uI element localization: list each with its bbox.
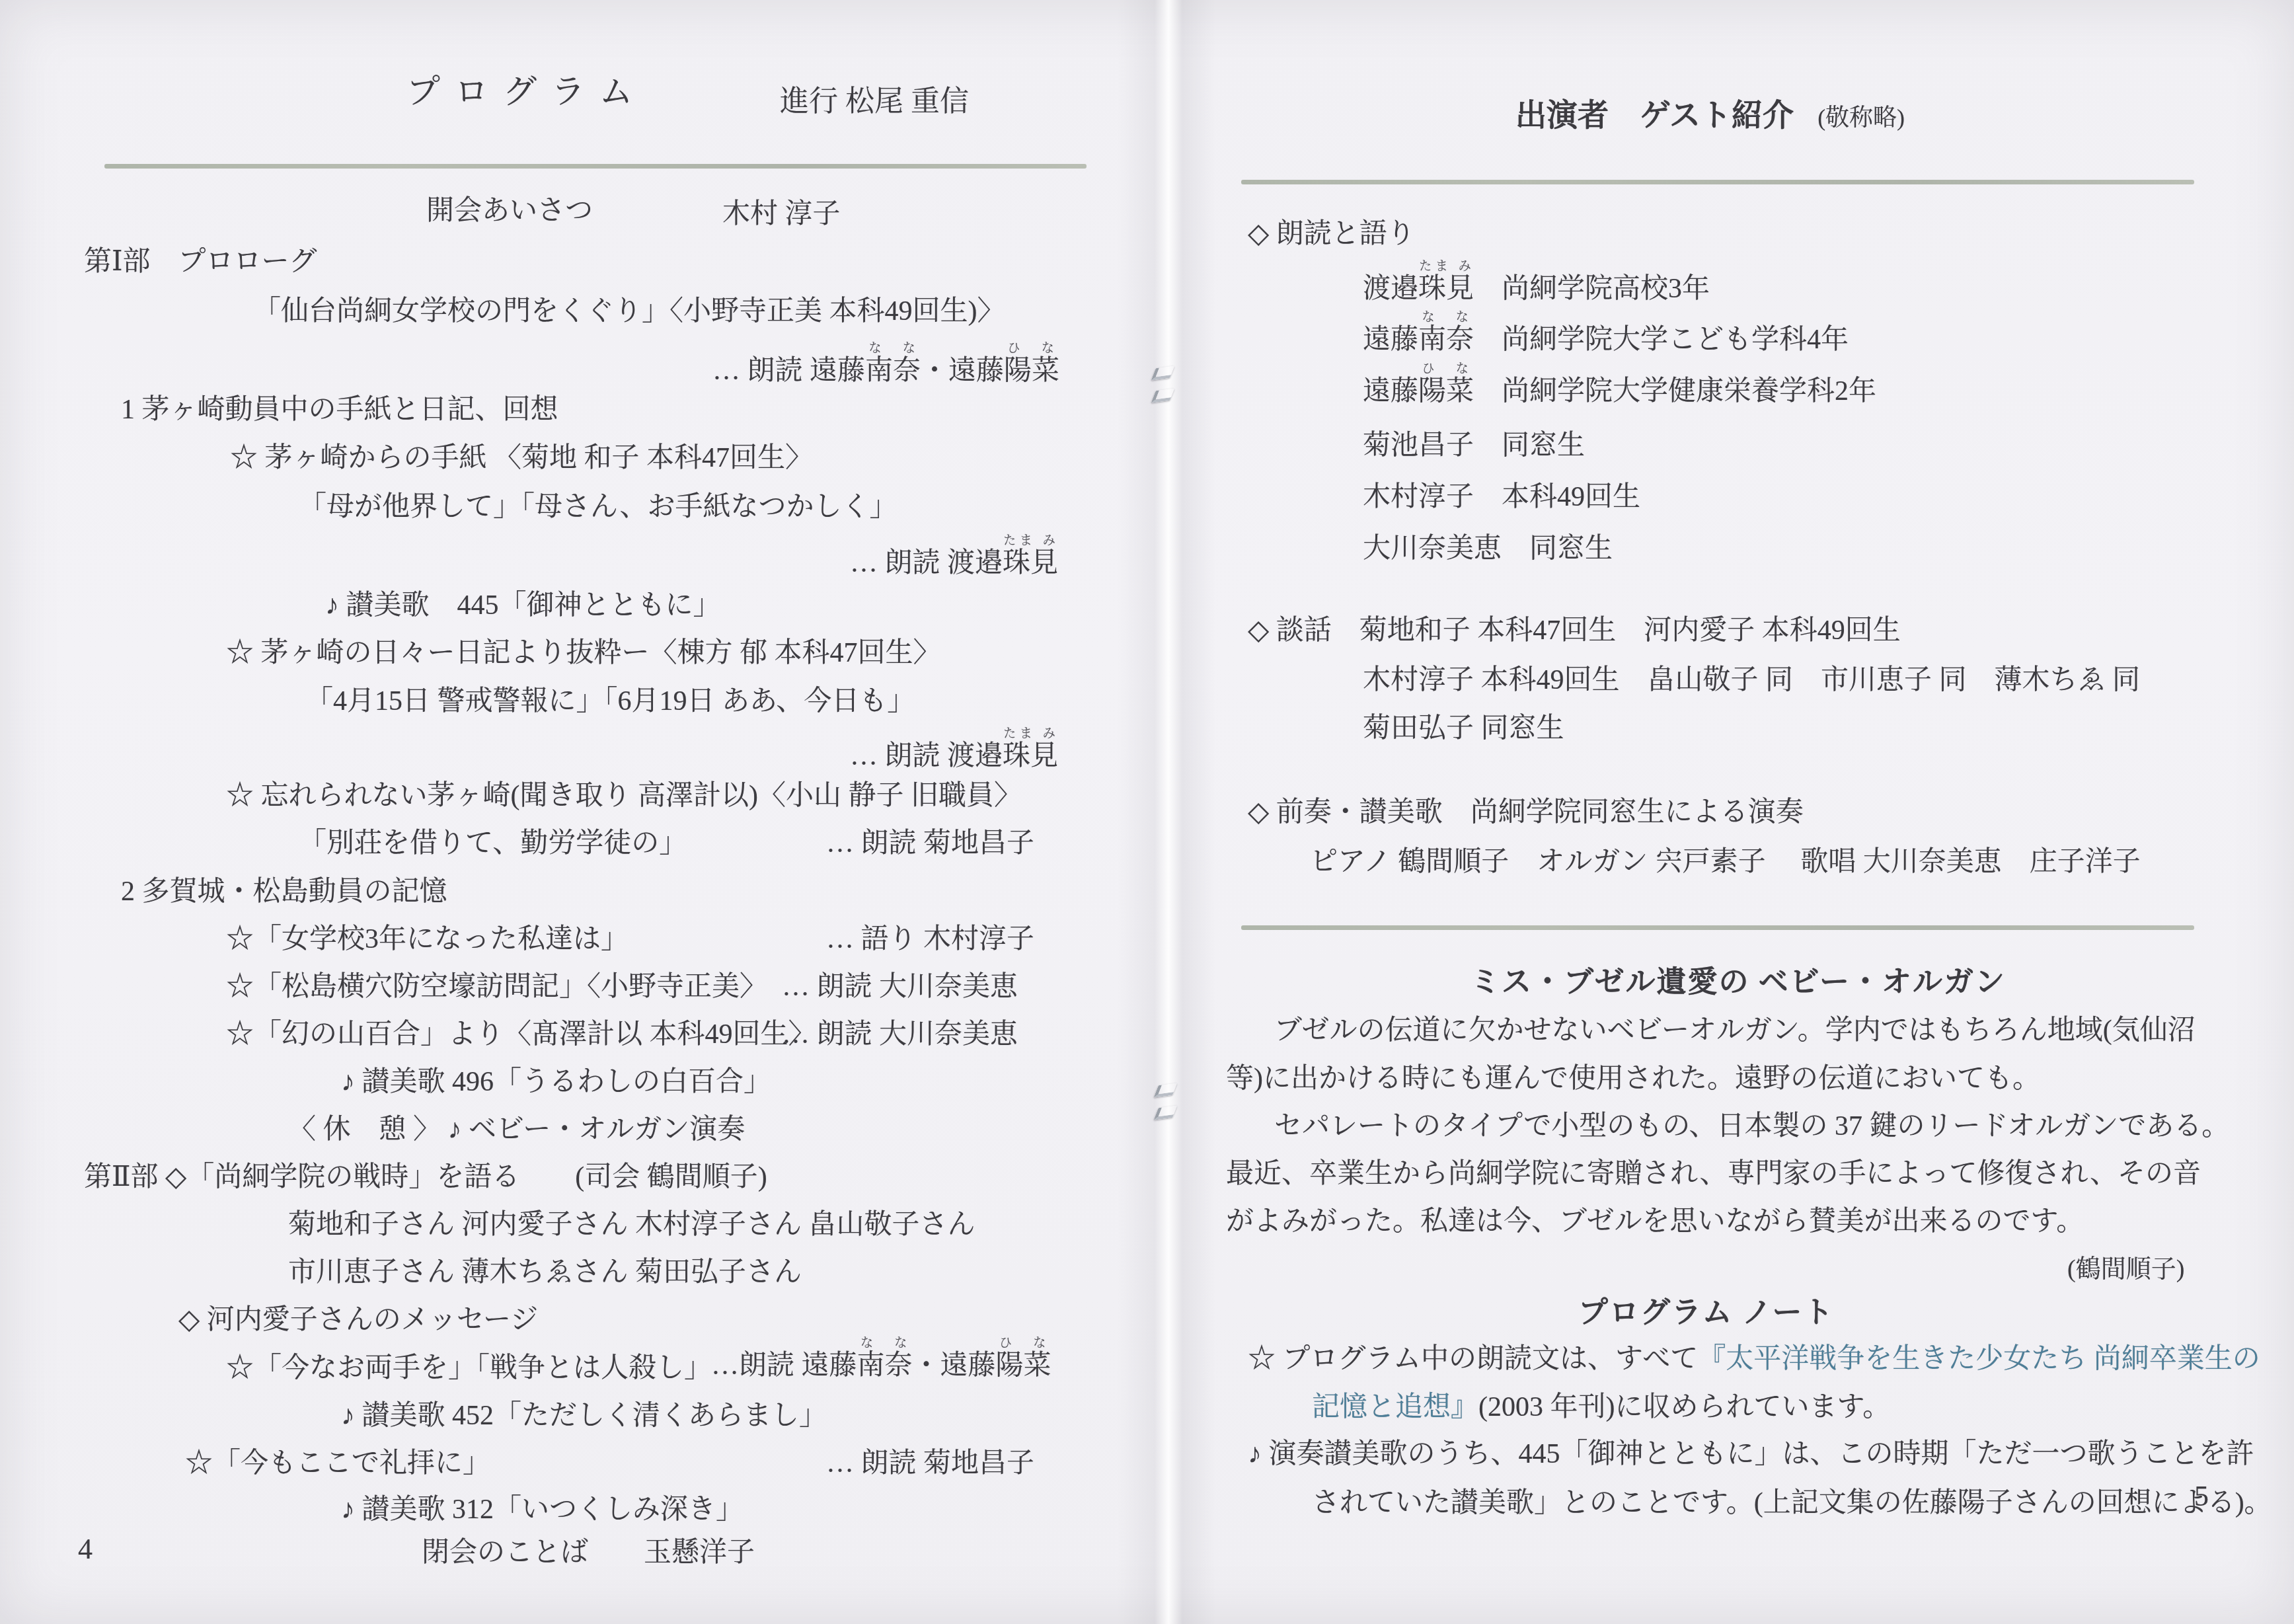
readers-endo: …朗読 遠藤南奈な な・遠藤陽菜ひ な — [711, 1336, 1051, 1383]
text-segment: (2003 年刊)に収められています。 — [1478, 1392, 1890, 1422]
text-segment: 2 多賀城・松島動員の記憶 — [121, 876, 447, 907]
text-segment: セパレートのタイプで小型のもの、日本製の 37 鍵のリードオルガンである。 — [1274, 1111, 2229, 1141]
part1-heading: 第Ⅰ部 プロローグ — [84, 246, 317, 279]
guest-endo-hina: 遠藤陽菜ひ な 尚絅学院大学健康栄養学科2年 — [1363, 362, 1876, 408]
text-segment: 菊池昌子 同窓生 — [1363, 430, 1585, 461]
text-segment: ◇ 前奏・讃美歌 尚絅学院同窓生による演奏 — [1248, 797, 1804, 828]
text-segment: プログラム — [406, 74, 648, 111]
text-segment: 木村淳子 本科49回生 — [1363, 482, 1640, 512]
guest-okawa: 大川奈美恵 同窓生 — [1363, 533, 1613, 566]
text-segment: … 朗読 遠藤 — [712, 356, 865, 386]
text-segment: ◇ 談話 菊地和子 本科47回生 河内愛子 本科49回生 — [1248, 615, 1901, 646]
text-segment: … 語り 木村淳子 — [826, 924, 1034, 954]
text-segment: ☆ プログラム中の朗読文は、すべて — [1248, 1344, 1698, 1374]
text-segment: 南奈な な — [1418, 325, 1474, 355]
text-segment: 「別荘を借りて、勤労学徒の」 — [299, 828, 687, 859]
speakers-row-1: 菊地和子さん 河内愛子さん 木村淳子さん 畠山敬子さん — [288, 1209, 975, 1242]
guest-watanabe: 渡邉珠見たま み 尚絅学院高校3年 — [1363, 260, 1710, 306]
text-segment: 等)に出かける時にも運んで使用された。遠野の伝道においても。 — [1226, 1063, 2040, 1094]
reader-watanabe-1: … 朗読 渡邉珠見たま み — [850, 534, 1058, 580]
text-segment: 記憶と追想』 — [1312, 1392, 1478, 1422]
hymn-445: ♪ 讃美歌 445「御神とともに」 — [325, 590, 721, 623]
text-segment: 遠藤 — [1363, 325, 1418, 355]
performers-row: ピアノ 鶴間順子 オルガン 宍戸素子 歌唱 大川奈美恵 庄子洋子 — [1310, 846, 2141, 879]
organ-para-3: セパレートのタイプで小型のもの、日本製の 37 鍵のリードオルガンである。 — [1274, 1110, 2229, 1143]
text-segment: ◇ 河内愛子さんのメッセージ — [178, 1305, 538, 1335]
program-note-heading: プログラム ノート — [1578, 1295, 1834, 1331]
credit-tsuruma: (鶴間順子) — [2067, 1255, 2184, 1284]
header-rule — [104, 164, 1087, 169]
part2-heading: 第Ⅱ部 ◇「尚絅学院の戦時」を語る (司会 鶴間順子) — [84, 1161, 767, 1194]
text-segment: がよみがった。私達は今、ブゼルを思いながら賛美が出来るのです。 — [1226, 1206, 2084, 1237]
text-segment: ♪ 讃美歌 445「御神とともに」 — [325, 590, 721, 621]
text-segment: (敬称略) — [1794, 104, 1905, 131]
mc-credit: 進行 松尾 重信 — [780, 85, 969, 119]
text-segment: 南奈な な — [857, 1350, 913, 1381]
text-segment: 進行 松尾 重信 — [780, 85, 969, 118]
text-segment: 最近、卒業生から尚絅学院に寄贈され、専門家の手によって修復され、その音 — [1226, 1159, 2201, 1189]
item-matsushima-shelter: ☆「松島横穴防空壕訪問記」〈小野寺正美〉 — [226, 971, 767, 1004]
organ-para-2: 等)に出かける時にも運んで使用された。遠野の伝道においても。 — [1226, 1063, 2040, 1096]
text-segment: 尚絅学院大学健康栄養学科2年 — [1474, 376, 1876, 406]
text-segment: … 朗読 菊地昌子 — [826, 828, 1034, 859]
booklet-spread: プログラム進行 松尾 重信開会あいさつ木村 淳子第Ⅰ部 プロローグ「仙台尚絅女学… — [0, 0, 2294, 1624]
narrator-kimura: … 語り 木村淳子 — [826, 923, 1034, 956]
prologue-readers: … 朗読 遠藤南奈な な・遠藤陽菜ひ な — [712, 342, 1059, 388]
item-chigasaki-diary: ☆ 茅ヶ崎の日々ー日記より抜粋ー〈棟方 郁 本科47回生〉 — [226, 637, 941, 670]
hymn-452: ♪ 讃美歌 452「ただしく清くあらまし」 — [341, 1400, 827, 1433]
guest-endo-nana: 遠藤南奈な な 尚絅学院大学こども学科4年 — [1363, 311, 1849, 357]
organ-para-4: 最近、卒業生から尚絅学院に寄贈され、専門家の手によって修復され、その音 — [1226, 1158, 2201, 1191]
section1-heading: 1 茅ヶ崎動員中の手紙と日記、回想 — [121, 394, 558, 427]
text-segment: 渡邉 — [1363, 274, 1418, 304]
note-star-1: ☆ プログラム中の朗読文は、すべて『太平洋戦争を生きた少女たち 尚絅卒業生の — [1248, 1343, 2260, 1376]
text-segment: ・遠藤 — [913, 1350, 996, 1381]
text-segment: 遠藤 — [1363, 376, 1418, 406]
text-segment: ピアノ 鶴間順子 オルガン 宍戸素子 歌唱 大川奈美恵 庄子洋子 — [1310, 847, 2141, 877]
text-segment: されていた讃美歌」とのことです。(上記文集の佐藤陽子さんの回想による)。 — [1312, 1488, 2272, 1518]
staple-top — [1149, 367, 1171, 406]
speakers-row-2: 市川恵子さん 薄木ちゑさん 菊田弘子さん — [288, 1257, 802, 1290]
text-segment: 珠見たま み — [1418, 274, 1474, 304]
closing-words: 閉会のことば 玉懸洋子 — [422, 1537, 755, 1570]
text-segment: 〈 休 憩 〉 ♪ ベビー・オルガン演奏 — [288, 1114, 745, 1145]
section-rule-right — [1241, 925, 2194, 930]
text-segment: ☆「幻の山百合」より〈髙澤計以 本科49回生〉 — [226, 1019, 816, 1050]
header-rule-right — [1241, 180, 2194, 184]
hymn-312: ♪ 讃美歌 312「いつくしみ深き」 — [341, 1494, 744, 1527]
text-segment: … 朗読 菊地昌子 — [826, 1448, 1034, 1479]
guest-kimura: 木村淳子 本科49回生 — [1363, 481, 1640, 514]
organ-para-5: がよみがった。私達は今、ブゼルを思いながら賛美が出来るのです。 — [1226, 1206, 2084, 1239]
text-segment: 第Ⅱ部 ◇「尚絅学院の戦時」を語る (司会 鶴間順子) — [84, 1162, 767, 1192]
guests-heading: 出演者 ゲスト紹介 (敬称略) — [1515, 98, 1905, 134]
text-segment: 陽菜ひ な — [1004, 356, 1059, 386]
text-segment: ☆「今もここで礼拝に」 — [185, 1448, 490, 1479]
reading-narration-heading: ◇ 朗読と語り — [1248, 218, 1415, 251]
item-letter-quotes: 「母が他界して」「母さん、お手紙なつかしく」 — [299, 491, 898, 524]
center-fold — [1117, 0, 1216, 1624]
prologue-piece: 「仙台尚絅女学校の門をくぐり」〈小野寺正美 本科49回生)〉 — [253, 295, 1005, 329]
text-segment: ☆ 茅ヶ崎の日々ー日記より抜粋ー〈棟方 郁 本科47回生〉 — [226, 638, 941, 668]
opening-greeting: 開会あいさつ — [426, 195, 593, 228]
note-star-2: 記憶と追想』(2003 年刊)に収められています。 — [1312, 1391, 1890, 1424]
message-kawauchi: ◇ 河内愛子さんのメッセージ — [178, 1304, 538, 1337]
reader-okawa-1: … 朗読 大川奈美恵 — [782, 971, 1018, 1004]
text-segment: 尚絅学院大学こども学科4年 — [1474, 325, 1849, 355]
text-segment: 「仙台尚絅女学校の門をくぐり」〈小野寺正美 本科49回生)〉 — [253, 296, 1005, 327]
danwa-row-2: 木村淳子 本科49回生 畠山敬子 同 市川恵子 同 薄木ちゑ 同 — [1363, 664, 2140, 697]
item-diary-quotes: 「4月15日 警戒警報に」「6月19日 ああ、今日も」 — [305, 685, 915, 718]
text-segment: 閉会のことば 玉懸洋子 — [422, 1537, 755, 1568]
text-segment: 開会あいさつ — [426, 196, 593, 226]
hymn-496: ♪ 讃美歌 496「うるわしの白百合」 — [341, 1066, 771, 1099]
reader-kikuchi-1: … 朗読 菊地昌子 — [826, 828, 1034, 861]
text-segment: 第Ⅰ部 プロローグ — [84, 247, 317, 277]
note-hymn-1: ♪ 演奏讃美歌のうち、445「御神とともに」は、この時期「ただ一つ歌うことを許 — [1248, 1438, 2254, 1471]
text-segment: 木村淳子 本科49回生 畠山敬子 同 市川恵子 同 薄木ちゑ 同 — [1363, 665, 2140, 695]
organ-heading: ミス・ブゼル遺愛の ベビー・オルガン — [1471, 965, 2006, 1000]
text-segment: … 朗読 大川奈美恵 — [782, 972, 1018, 1002]
reader-watanabe-2: … 朗読 渡邉珠見たま み — [850, 727, 1058, 773]
text-segment: 南奈な な — [865, 356, 921, 386]
danwa-row-1: ◇ 談話 菊地和子 本科47回生 河内愛子 本科49回生 — [1248, 615, 1901, 648]
organ-para-1: ブゼルの伝道に欠かせないベビーオルガン。学内ではもちろん地域(気仙沼 — [1274, 1015, 2196, 1048]
text-segment: ・遠藤 — [921, 356, 1004, 386]
text-segment: … 朗読 渡邉 — [850, 741, 1003, 771]
text-segment: 1 茅ヶ崎動員中の手紙と日記、回想 — [121, 395, 558, 425]
item-unforgettable-chigasaki: ☆ 忘れられない茅ヶ崎(聞き取り 高澤計以)〈小山 静子 旧職員〉 — [226, 780, 1022, 813]
item-yamayuri: ☆「幻の山百合」より〈髙澤計以 本科49回生〉 — [226, 1019, 816, 1052]
item-worship-here: ☆「今もここで礼拝に」 — [185, 1448, 490, 1481]
text-segment: ◇ 朗読と語り — [1248, 219, 1415, 249]
staple-bottom — [1151, 1084, 1174, 1124]
text-segment: 出演者 ゲスト紹介 — [1515, 98, 1794, 133]
text-segment: … 朗読 大川奈美恵 — [782, 1019, 1018, 1050]
text-segment: 木村 淳子 — [722, 199, 841, 229]
section2-heading: 2 多賀城・松島動員の記憶 — [121, 876, 447, 909]
item-schoolgirls: ☆「女学校3年になった私達は」 — [226, 923, 629, 956]
text-segment: ♪ 讃美歌 496「うるわしの白百合」 — [341, 1067, 771, 1097]
text-segment: 市川恵子さん 薄木ちゑさん 菊田弘子さん — [288, 1257, 802, 1288]
text-segment: … 朗読 渡邉 — [850, 548, 1003, 578]
text-segment: …朗読 遠藤 — [711, 1350, 857, 1381]
prelude-heading: ◇ 前奏・讃美歌 尚絅学院同窓生による演奏 — [1248, 796, 1804, 830]
item-letter-from-chigasaki: ☆ 茅ヶ崎からの手紙 〈菊地 和子 本科47回生〉 — [230, 442, 813, 475]
text-segment: ♪ 讃美歌 452「ただしく清くあらまし」 — [341, 1401, 827, 1431]
text-segment: ブゼルの伝道に欠かせないベビーオルガン。学内ではもちろん地域(気仙沼 — [1274, 1015, 2196, 1046]
text-segment: ☆ 忘れられない茅ヶ崎(聞き取り 高澤計以)〈小山 静子 旧職員〉 — [226, 781, 1022, 811]
guest-kikuchi-masako: 菊池昌子 同窓生 — [1363, 430, 1585, 463]
text-segment: 珠見たま み — [1003, 548, 1058, 578]
text-segment: 尚絅学院高校3年 — [1474, 274, 1710, 304]
text-segment: ♪ 讃美歌 312「いつくしみ深き」 — [341, 1494, 744, 1525]
text-segment: プログラム ノート — [1578, 1296, 1834, 1329]
note-hymn-2: されていた讃美歌」とのことです。(上記文集の佐藤陽子さんの回想による)。 — [1312, 1487, 2272, 1520]
page-number-right: 5 — [2194, 1479, 2209, 1513]
text-segment: 菊田弘子 同窓生 — [1363, 713, 1564, 744]
page-number-left: 4 — [78, 1532, 93, 1566]
text-segment: ☆「女学校3年になった私達は」 — [226, 924, 629, 954]
text-segment: 陽菜ひ な — [996, 1350, 1051, 1381]
text-segment: ☆「松島横穴防空壕訪問記」〈小野寺正美〉 — [226, 972, 767, 1002]
reader-okawa-2: … 朗読 大川奈美恵 — [782, 1019, 1018, 1052]
text-segment: ♪ 演奏讃美歌のうち、445「御神とともに」は、この時期「ただ一つ歌うことを許 — [1248, 1439, 2254, 1469]
item-hands: ☆「今なお両手を」「戦争とは人殺し」 — [226, 1352, 712, 1385]
text-segment: 大川奈美恵 同窓生 — [1363, 533, 1613, 564]
reader-kikuchi-2: … 朗読 菊地昌子 — [826, 1448, 1034, 1481]
text-segment: ☆ 茅ヶ崎からの手紙 〈菊地 和子 本科47回生〉 — [230, 443, 813, 473]
text-segment: 「4月15日 警戒警報に」「6月19日 ああ、今日も」 — [305, 686, 915, 716]
text-segment: 陽菜ひ な — [1418, 376, 1474, 406]
intermission: 〈 休 憩 〉 ♪ ベビー・オルガン演奏 — [288, 1114, 745, 1147]
text-segment: 菊地和子さん 河内愛子さん 木村淳子さん 畠山敬子さん — [288, 1210, 975, 1240]
item-villa-quote: 「別荘を借りて、勤労学徒の」 — [299, 828, 687, 861]
text-segment: 「母が他界して」「母さん、お手紙なつかしく」 — [299, 492, 898, 522]
text-segment: 珠見たま み — [1003, 741, 1058, 771]
text-segment: ☆「今なお両手を」「戦争とは人殺し」 — [226, 1353, 712, 1383]
text-segment: 『太平洋戦争を生きた少女たち 尚絅卒業生の — [1698, 1344, 2260, 1374]
text-segment: ミス・ブゼル遺愛の ベビー・オルガン — [1471, 966, 2006, 999]
danwa-row-3: 菊田弘子 同窓生 — [1363, 713, 1564, 746]
opening-greeting-speaker: 木村 淳子 — [722, 198, 841, 231]
text-segment: (鶴間順子) — [2067, 1255, 2184, 1283]
program-title: プログラム — [406, 73, 648, 112]
